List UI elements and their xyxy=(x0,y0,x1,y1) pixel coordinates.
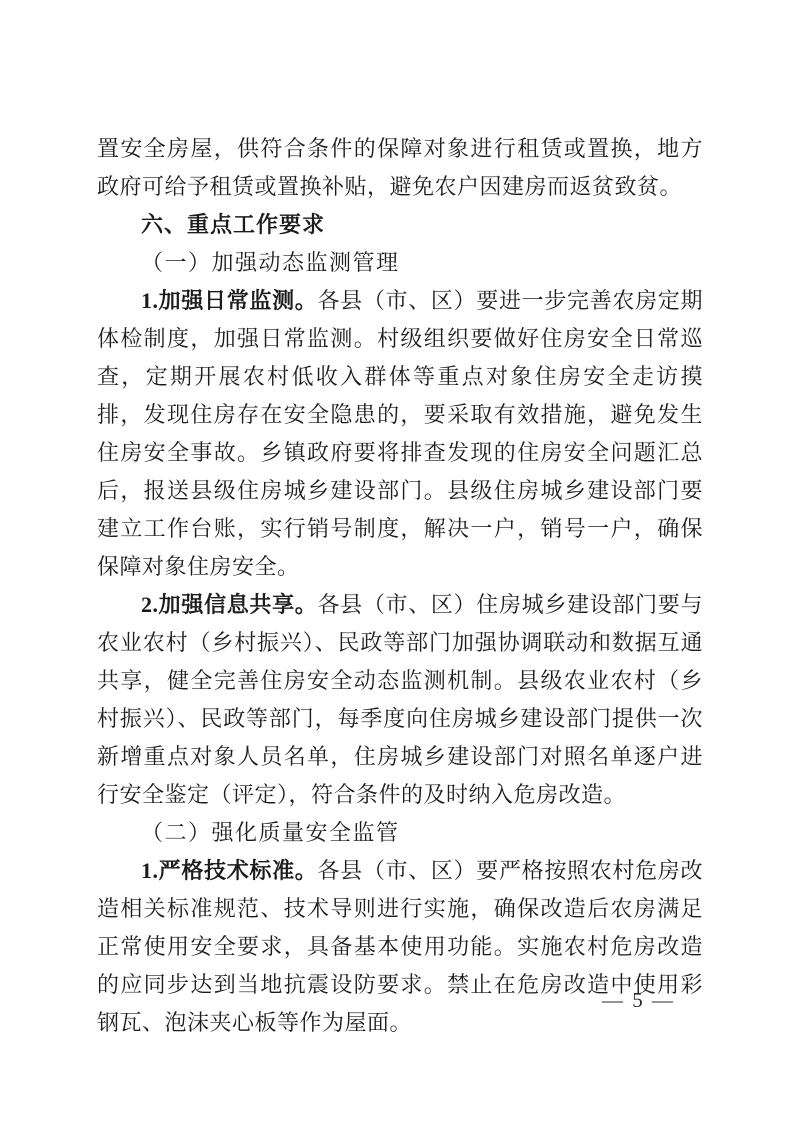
paragraph-technical-standards: 1.严格技术标准。各县（市、区）要严格按照农村危房改造相关标准规范、技术导则进行… xyxy=(97,852,703,1042)
section-heading-six: 六、重点工作要求 xyxy=(97,206,703,244)
document-page: 置安全房屋，供符合条件的保障对象进行租赁或置换，地方政府可给予租赁或置换补贴，避… xyxy=(0,0,793,1122)
paragraph-lead-info-sharing: 2.加强信息共享。 xyxy=(141,592,318,617)
paragraph-lead-daily-monitoring: 1.加强日常监测。 xyxy=(141,288,318,313)
subsection-heading-two: （二）强化质量安全监管 xyxy=(97,814,703,852)
subsection-heading-one: （一）加强动态监测管理 xyxy=(97,244,703,282)
document-body: 置安全房屋，供符合条件的保障对象进行租赁或置换，地方政府可给予租赁或置换补贴，避… xyxy=(97,130,703,1042)
paragraph-body-info-sharing: 各县（市、区）住房城乡建设部门要与农业农村（乡村振兴）、民政等部门加强协调联动和… xyxy=(97,592,703,807)
paragraph-info-sharing: 2.加强信息共享。各县（市、区）住房城乡建设部门要与农业农村（乡村振兴）、民政等… xyxy=(97,586,703,814)
paragraph-daily-monitoring: 1.加强日常监测。各县（市、区）要进一步完善农房定期体检制度，加强日常监测。村级… xyxy=(97,282,703,586)
paragraph-body-daily-monitoring: 各县（市、区）要进一步完善农房定期体检制度，加强日常监测。村级组织要做好住房安全… xyxy=(97,288,703,579)
paragraph-continuation: 置安全房屋，供符合条件的保障对象进行租赁或置换，地方政府可给予租赁或置换补贴，避… xyxy=(97,130,703,206)
paragraph-lead-technical-standards: 1.严格技术标准。 xyxy=(141,858,318,883)
page-number: — 5 — xyxy=(602,988,675,1013)
